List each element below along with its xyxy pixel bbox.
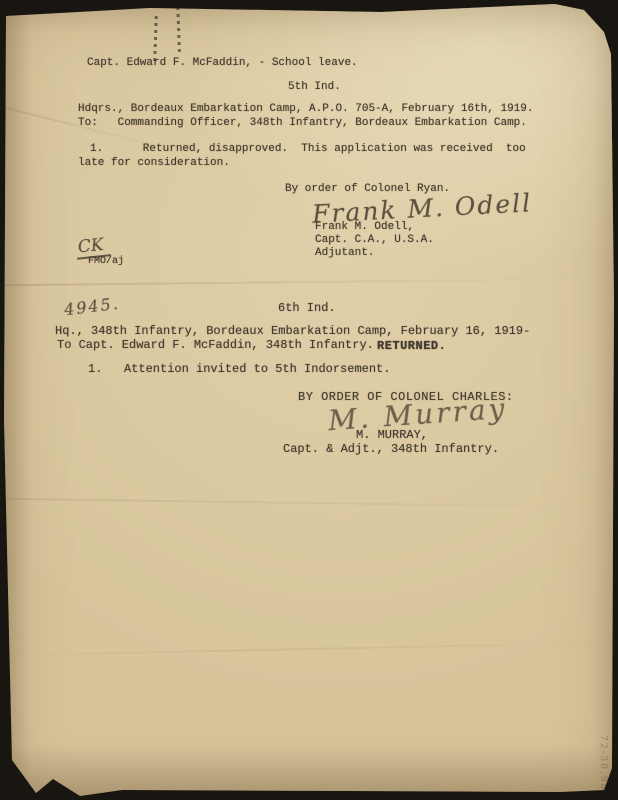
indorsement6-to-line: To Capt. Edward F. McFaddin, 348th Infan… — [57, 338, 374, 353]
indorsement6-heading: 6th Ind. — [278, 301, 336, 316]
indorsement5-heading: 5th Ind. — [288, 81, 341, 95]
indorsement5-from-line: Hdqrs., Bordeaux Embarkation Camp, A.P.O… — [78, 103, 533, 117]
paper-crease — [0, 498, 618, 509]
paper-sheet: Capt. Edward F. McFaddin, - School leave… — [0, 0, 618, 800]
indorsement5-body-line1: 1. Returned, disapproved. This applicati… — [90, 143, 526, 157]
indorsement5-to-line: To: Commanding Officer, 348th Infantry, … — [78, 117, 527, 131]
indorsement6-from-line: Hq., 348th Infantry, Bordeaux Embarkatio… — [55, 324, 530, 339]
typed-dash-mark-left — [153, 16, 158, 61]
odell-typed-name: Frank M. Odell, — [315, 221, 414, 235]
pencil-catalog-note: 72-30.98 — [598, 735, 608, 791]
murray-typed-name: M. MURRAY, — [356, 428, 428, 443]
indorsement5-body-line2: late for consideration. — [78, 157, 230, 171]
murray-title: Capt. & Adjt., 348th Infantry. — [283, 442, 499, 457]
subject-line: Capt. Edward F. McFaddin, - School leave… — [87, 57, 358, 71]
reference-initials: FMO/aj — [88, 256, 124, 269]
paper-crease — [0, 278, 618, 286]
paper-crease — [0, 642, 618, 657]
typed-dash-mark-right — [176, 0, 181, 52]
odell-rank: Capt. C.A., U.S.A. — [315, 234, 434, 248]
indorsement6-body-line: 1. Attention invited to 5th Indorsement. — [88, 362, 390, 377]
case-number-handwritten: 4945. — [63, 294, 121, 320]
returned-stamp: RETURNED. — [377, 339, 446, 354]
odell-title: Adjutant. — [315, 247, 374, 261]
